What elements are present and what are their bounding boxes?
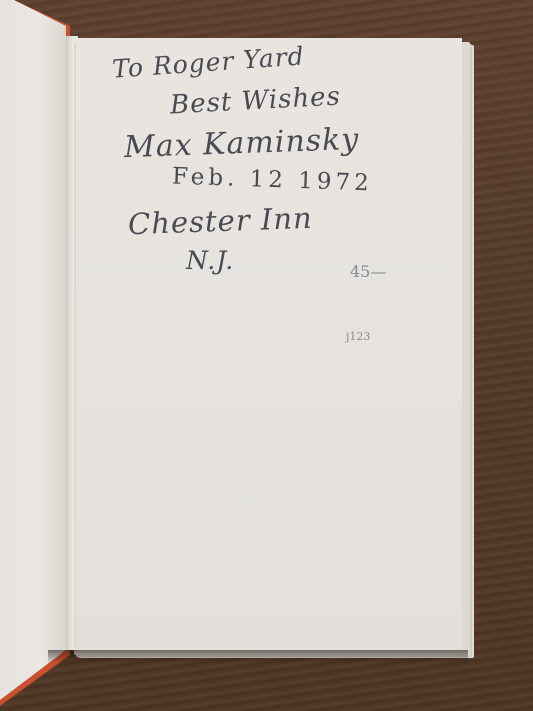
inscription-line-signature: Max Kaminsky bbox=[123, 122, 359, 165]
inscription-line-wishes: Best Wishes bbox=[169, 82, 341, 121]
inscription-line-recipient: To Roger Yard bbox=[111, 41, 305, 83]
photo-scene: To Roger Yard Best Wishes Max Kaminsky F… bbox=[0, 0, 533, 711]
pencil-price: 45— bbox=[350, 262, 386, 281]
pencil-code: j123 bbox=[346, 330, 370, 343]
inscription-line-place: Chester Inn bbox=[127, 201, 313, 241]
inscription-line-state: N.J. bbox=[186, 246, 234, 275]
handwritten-inscription: To Roger Yard Best Wishes Max Kaminsky F… bbox=[0, 0, 533, 711]
inscription-line-date: Feb. 12 1972 bbox=[172, 164, 374, 197]
